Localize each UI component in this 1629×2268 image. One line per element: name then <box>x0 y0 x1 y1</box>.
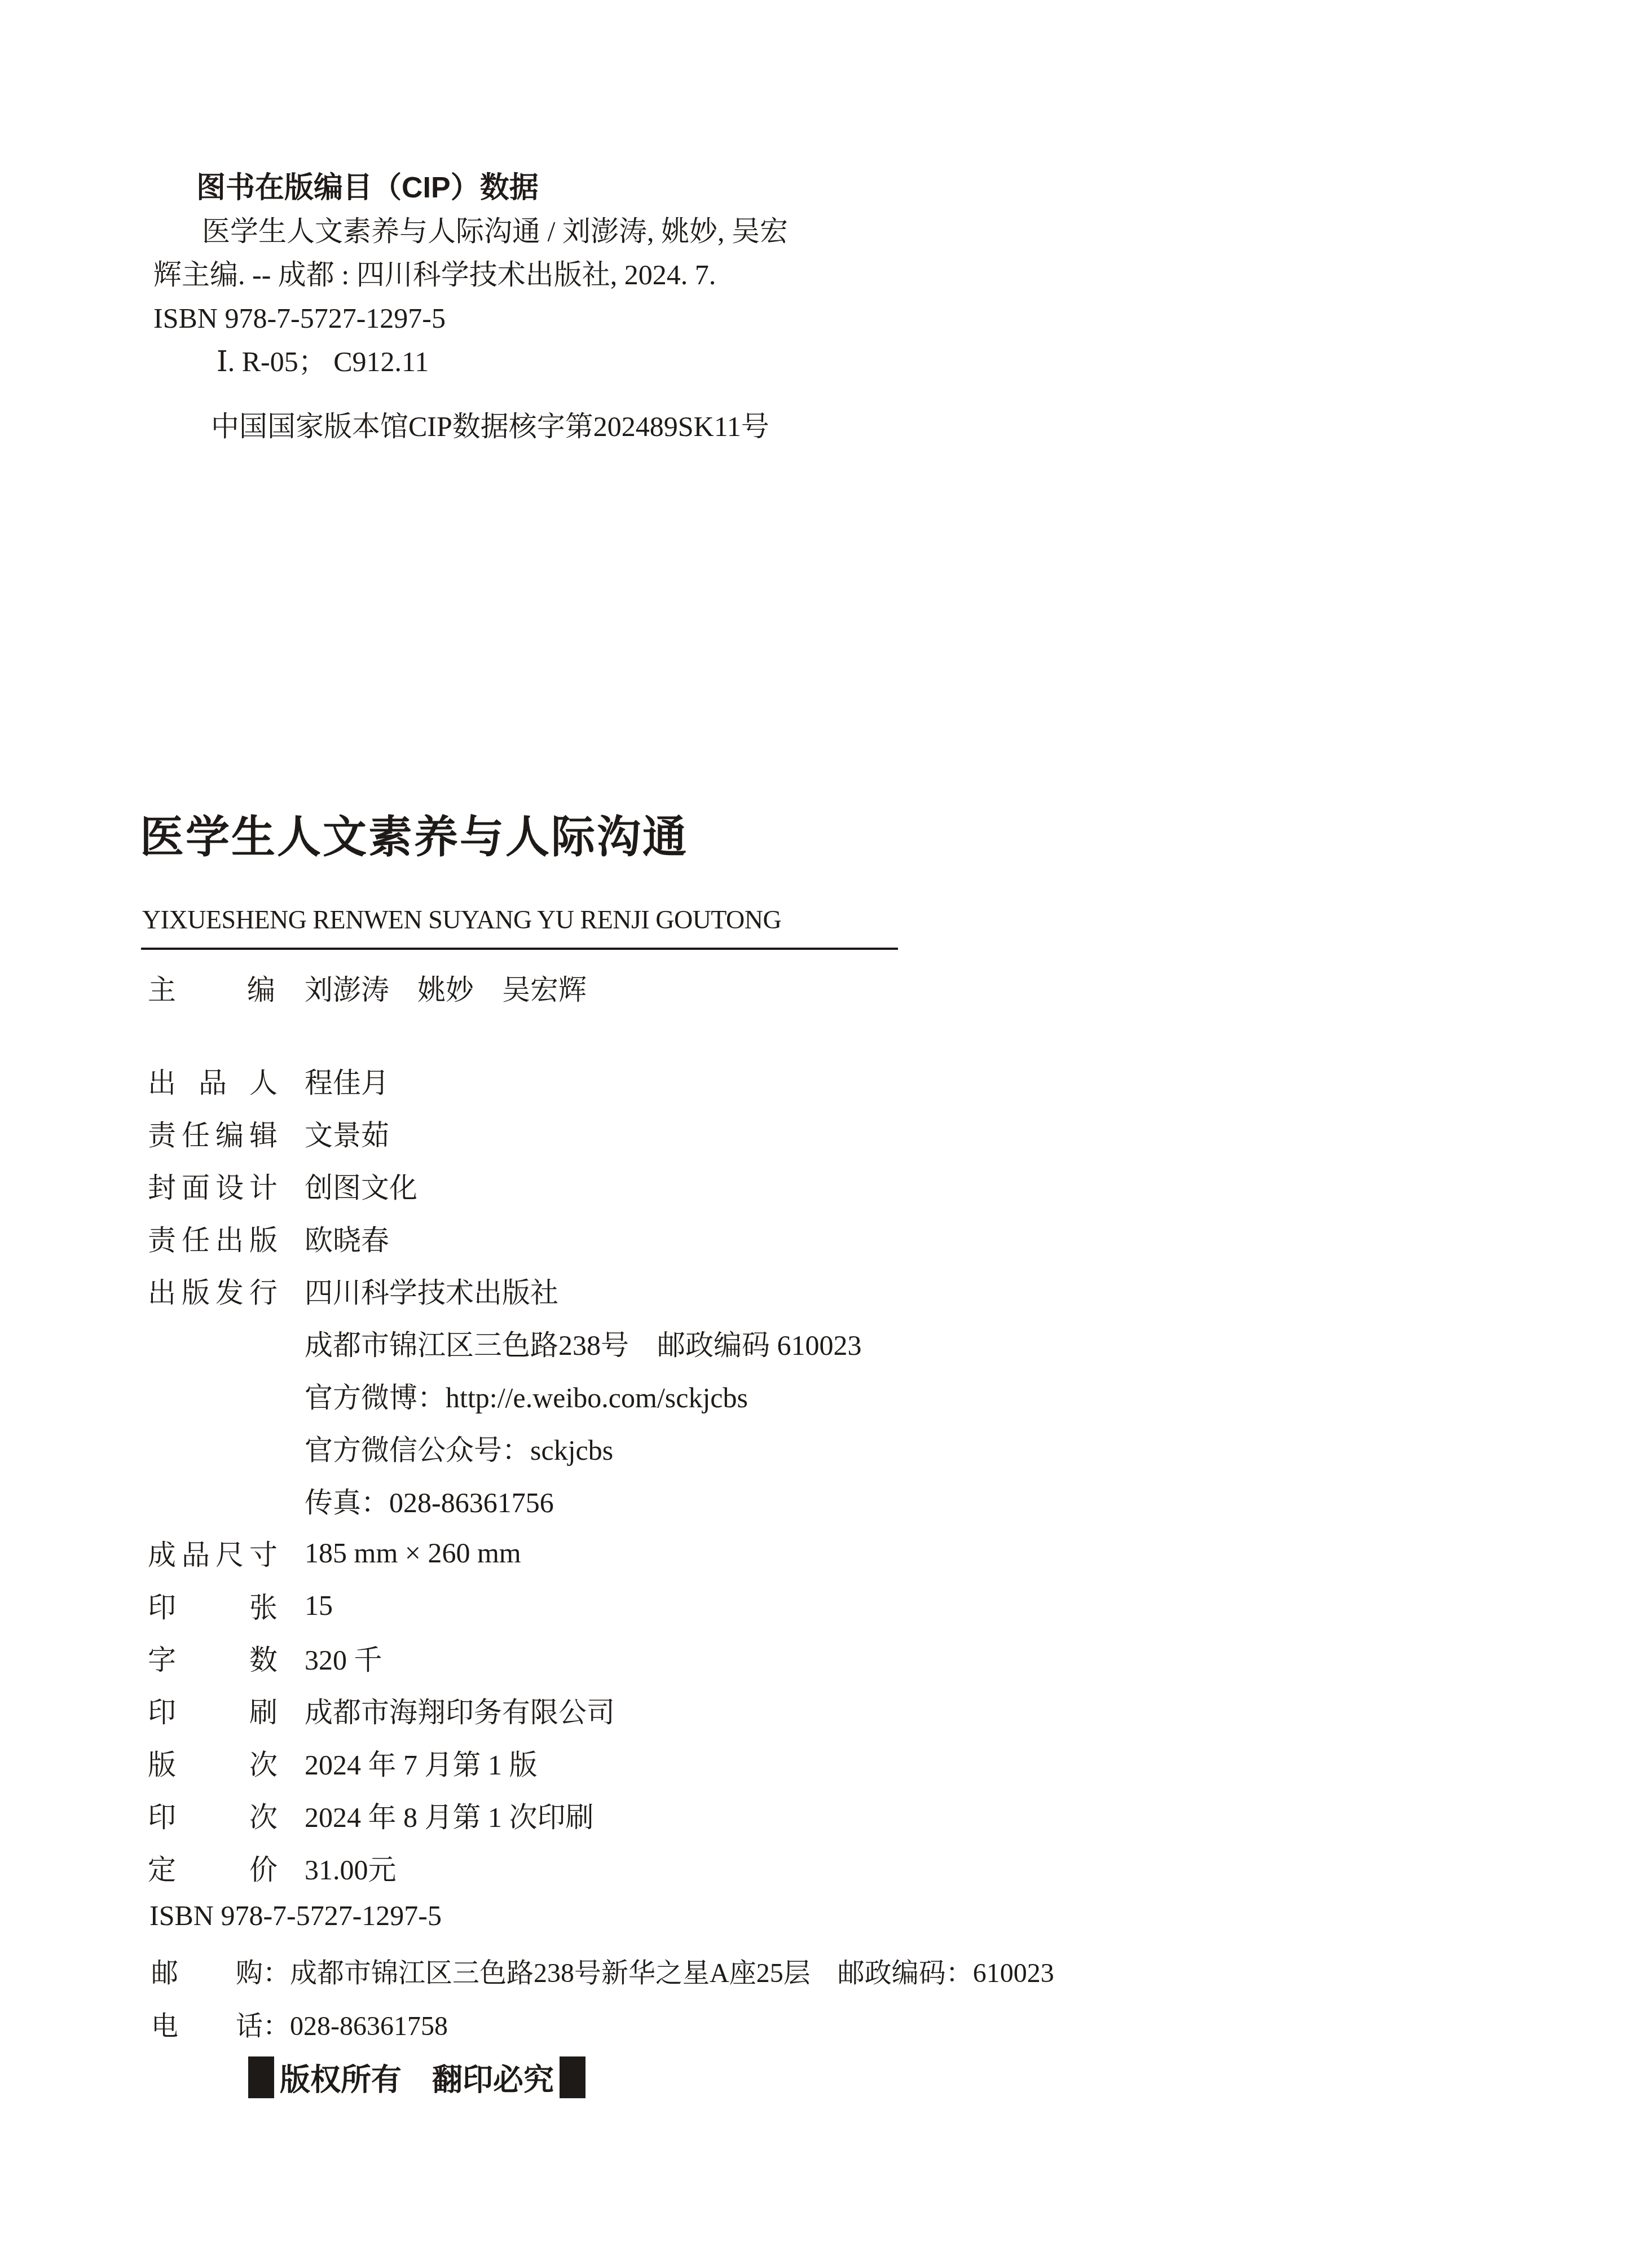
cip-header: 图书在版编目（CIP）数据 <box>153 166 1056 210</box>
publication-row-label: 出版发行 <box>148 1270 278 1311</box>
publication-subrow-fax: 传真：028-86361756 <box>148 1474 862 1526</box>
publication-row: 版次 2024 年 7 月第 1 版 <box>148 1736 862 1789</box>
publication-row: 字数 320 千 <box>148 1631 862 1684</box>
title-underline <box>141 948 898 950</box>
copyright-notice: 版权所有 翻印必究 <box>248 2056 585 2099</box>
publication-row: 封面设计 创图文化 <box>148 1159 862 1212</box>
phone-row: 电话 ：028-86361758 <box>151 1997 1054 2050</box>
publication-row-label: 字数 <box>148 1637 278 1678</box>
publication-row-value: 185 mm × 260 mm <box>305 1536 521 1569</box>
publication-row-label: 印张 <box>148 1585 278 1626</box>
mail-order-value: ：成都市锦江区三色路238号新华之星A座25层 邮政编码：610023 <box>263 1951 1054 1990</box>
publication-row-label: 封面设计 <box>148 1165 278 1206</box>
publication-row-label: 出品人 <box>148 1060 278 1101</box>
publication-row: 印刷 成都市海翔印务有限公司 <box>148 1684 862 1736</box>
publication-row-value: 官方微博：http://e.weibo.com/sckjcbs <box>305 1375 748 1416</box>
publication-row-value: 2024 年 8 月第 1 次印刷 <box>305 1795 594 1835</box>
publication-row: 责任出版 欧晓春 <box>148 1212 862 1264</box>
publication-row-label: 印次 <box>148 1795 278 1835</box>
publication-row: 印张 15 <box>148 1579 862 1631</box>
publication-row-value: 官方微信公众号：sckjcbs <box>305 1428 613 1468</box>
publication-row-value: 2024 年 7 月第 1 版 <box>305 1742 538 1783</box>
footer-contact-list: 邮购 ：成都市锦江区三色路238号新华之星A座25层 邮政编码：610023 电… <box>151 1944 1054 2050</box>
publication-row: 定价 31.00元 <box>148 1841 862 1893</box>
cip-entry-line-1: 医学生人文素养与人际沟通 / 刘澎涛, 姚妙, 吴宏 <box>153 210 1056 253</box>
publication-row-value: 欧晓春 <box>305 1218 389 1258</box>
book-title-pinyin: YIXUESHENG RENWEN SUYANG YU RENJI GOUTON… <box>142 905 781 935</box>
chief-editor-row: 主编 刘澎涛 姚妙 吴宏辉 <box>148 968 587 1007</box>
cip-record-number-line: 中国国家版本馆CIP数据核字第202489SK11号 <box>153 405 1056 448</box>
publication-subrow-weibo: 官方微博：http://e.weibo.com/sckjcbs <box>148 1369 862 1421</box>
publication-row: 出品人 程佳月 <box>148 1054 862 1107</box>
publication-row-value: 15 <box>305 1589 333 1622</box>
cip-classification-line: Ⅰ. R-05； C912.11 <box>153 340 1056 384</box>
publication-row-label: 成品尺寸 <box>148 1532 278 1573</box>
publication-row-value: 程佳月 <box>305 1060 389 1101</box>
publication-row-value: 320 千 <box>305 1637 382 1678</box>
publication-row-value: 31.00元 <box>305 1847 397 1888</box>
copyright-notice-text: 版权所有 翻印必究 <box>280 2056 554 2099</box>
chief-editor-names: 刘澎涛 姚妙 吴宏辉 <box>305 967 587 1008</box>
publication-row-value: 成都市海翔印务有限公司 <box>305 1690 615 1730</box>
publication-row-value: 四川科学技术出版社 <box>305 1270 558 1311</box>
phone-label: 电话 <box>151 2004 263 2043</box>
publication-row-label: 印刷 <box>148 1690 278 1730</box>
book-title: 医学生人文素养与人际沟通 <box>140 812 688 863</box>
chief-editor-label: 主编 <box>148 967 275 1008</box>
publication-row-label: 版次 <box>148 1742 278 1783</box>
publication-row-value: 传真：028-86361756 <box>305 1480 554 1521</box>
publication-row-label: 责任编辑 <box>148 1113 278 1153</box>
copyright-square-left <box>248 2056 274 2098</box>
publication-row: 印次 2024 年 8 月第 1 次印刷 <box>148 1789 862 1841</box>
cip-entry-line-2: 辉主编. -- 成都 : 四川科学技术出版社, 2024. 7. <box>153 253 1056 297</box>
footer-isbn: ISBN 978-7-5727-1297-5 <box>149 1900 442 1931</box>
cip-isbn-line: ISBN 978-7-5727-1297-5 <box>153 297 1056 340</box>
cip-data-block: 图书在版编目（CIP）数据 医学生人文素养与人际沟通 / 刘澎涛, 姚妙, 吴宏… <box>153 166 1056 448</box>
publication-row: 出版发行 四川科学技术出版社 <box>148 1264 862 1316</box>
publication-row-value: 文景茹 <box>305 1113 389 1153</box>
publication-info-list: 出品人 程佳月 责任编辑 文景茹 封面设计 创图文化 责任出版 欧晓春 出版发行… <box>148 1054 862 1893</box>
publication-row-value: 成都市锦江区三色路238号 邮政编码 610023 <box>305 1323 862 1363</box>
copyright-page: 图书在版编目（CIP）数据 医学生人文素养与人际沟通 / 刘澎涛, 姚妙, 吴宏… <box>0 0 1629 2268</box>
mail-order-row: 邮购 ：成都市锦江区三色路238号新华之星A座25层 邮政编码：610023 <box>151 1944 1054 1997</box>
publication-subrow-wechat: 官方微信公众号：sckjcbs <box>148 1421 862 1474</box>
publication-subrow-address: 成都市锦江区三色路238号 邮政编码 610023 <box>148 1316 862 1369</box>
copyright-square-right <box>560 2056 585 2098</box>
publication-row: 成品尺寸 185 mm × 260 mm <box>148 1526 862 1579</box>
publication-row-value: 创图文化 <box>305 1165 417 1206</box>
phone-value: ：028-86361758 <box>263 2004 448 2043</box>
publication-row-label: 责任出版 <box>148 1218 278 1258</box>
publication-row-label: 定价 <box>148 1847 278 1888</box>
mail-order-label: 邮购 <box>151 1951 263 1990</box>
publication-row: 责任编辑 文景茹 <box>148 1107 862 1159</box>
